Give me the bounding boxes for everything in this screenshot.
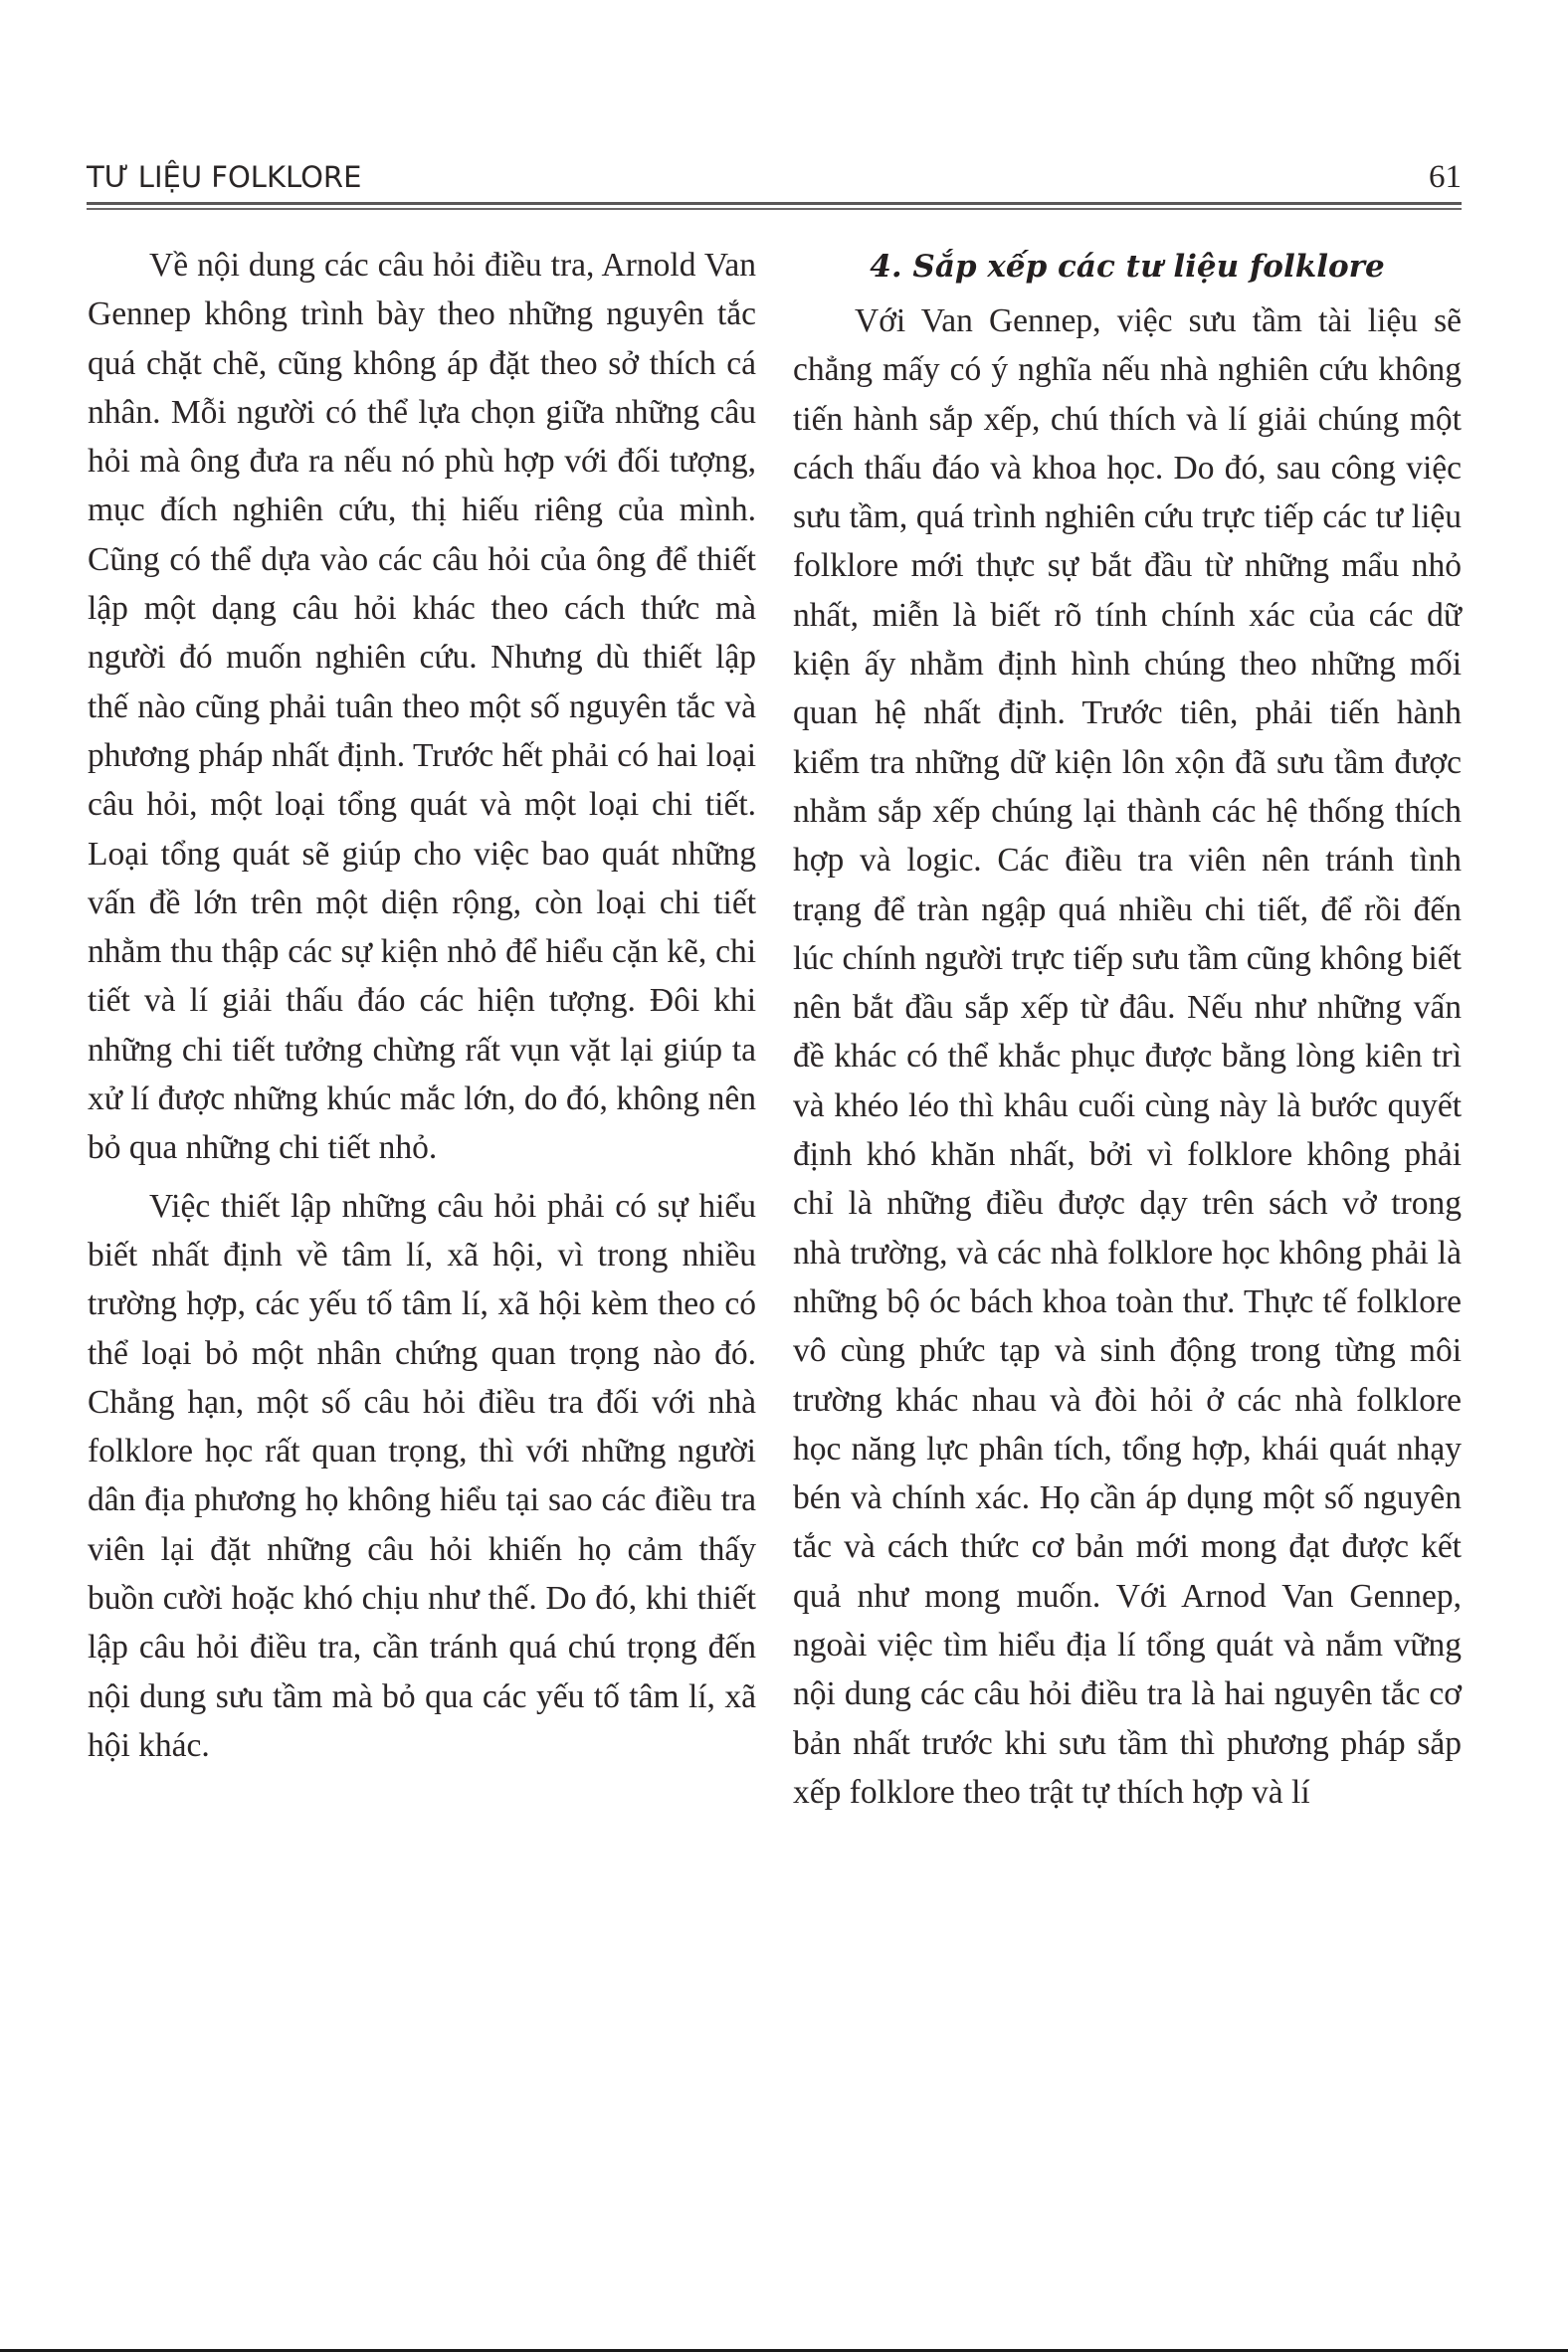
header-double-rule [87,202,1462,210]
body-paragraph: Với Van Gennep, việc sưu tầm tài liệu sẽ… [793,296,1462,1817]
body-paragraph: Về nội dung các câu hỏi điều tra, Arnold… [88,241,756,1173]
page-number: 61 [1429,157,1462,197]
section-heading: 4. Sắp xếp các tư liệu folklore [793,241,1462,293]
running-title: TƯ LIỆU FOLKLORE [87,157,361,197]
page-header: TƯ LIỆU FOLKLORE 61 [87,157,1462,197]
body-paragraph: Việc thiết lập những câu hỏi phải có sự … [88,1182,756,1771]
left-column: Về nội dung các câu hỏi điều tra, Arnold… [88,241,756,1770]
right-column: 4. Sắp xếp các tư liệu folklore Với Van … [793,241,1462,1817]
